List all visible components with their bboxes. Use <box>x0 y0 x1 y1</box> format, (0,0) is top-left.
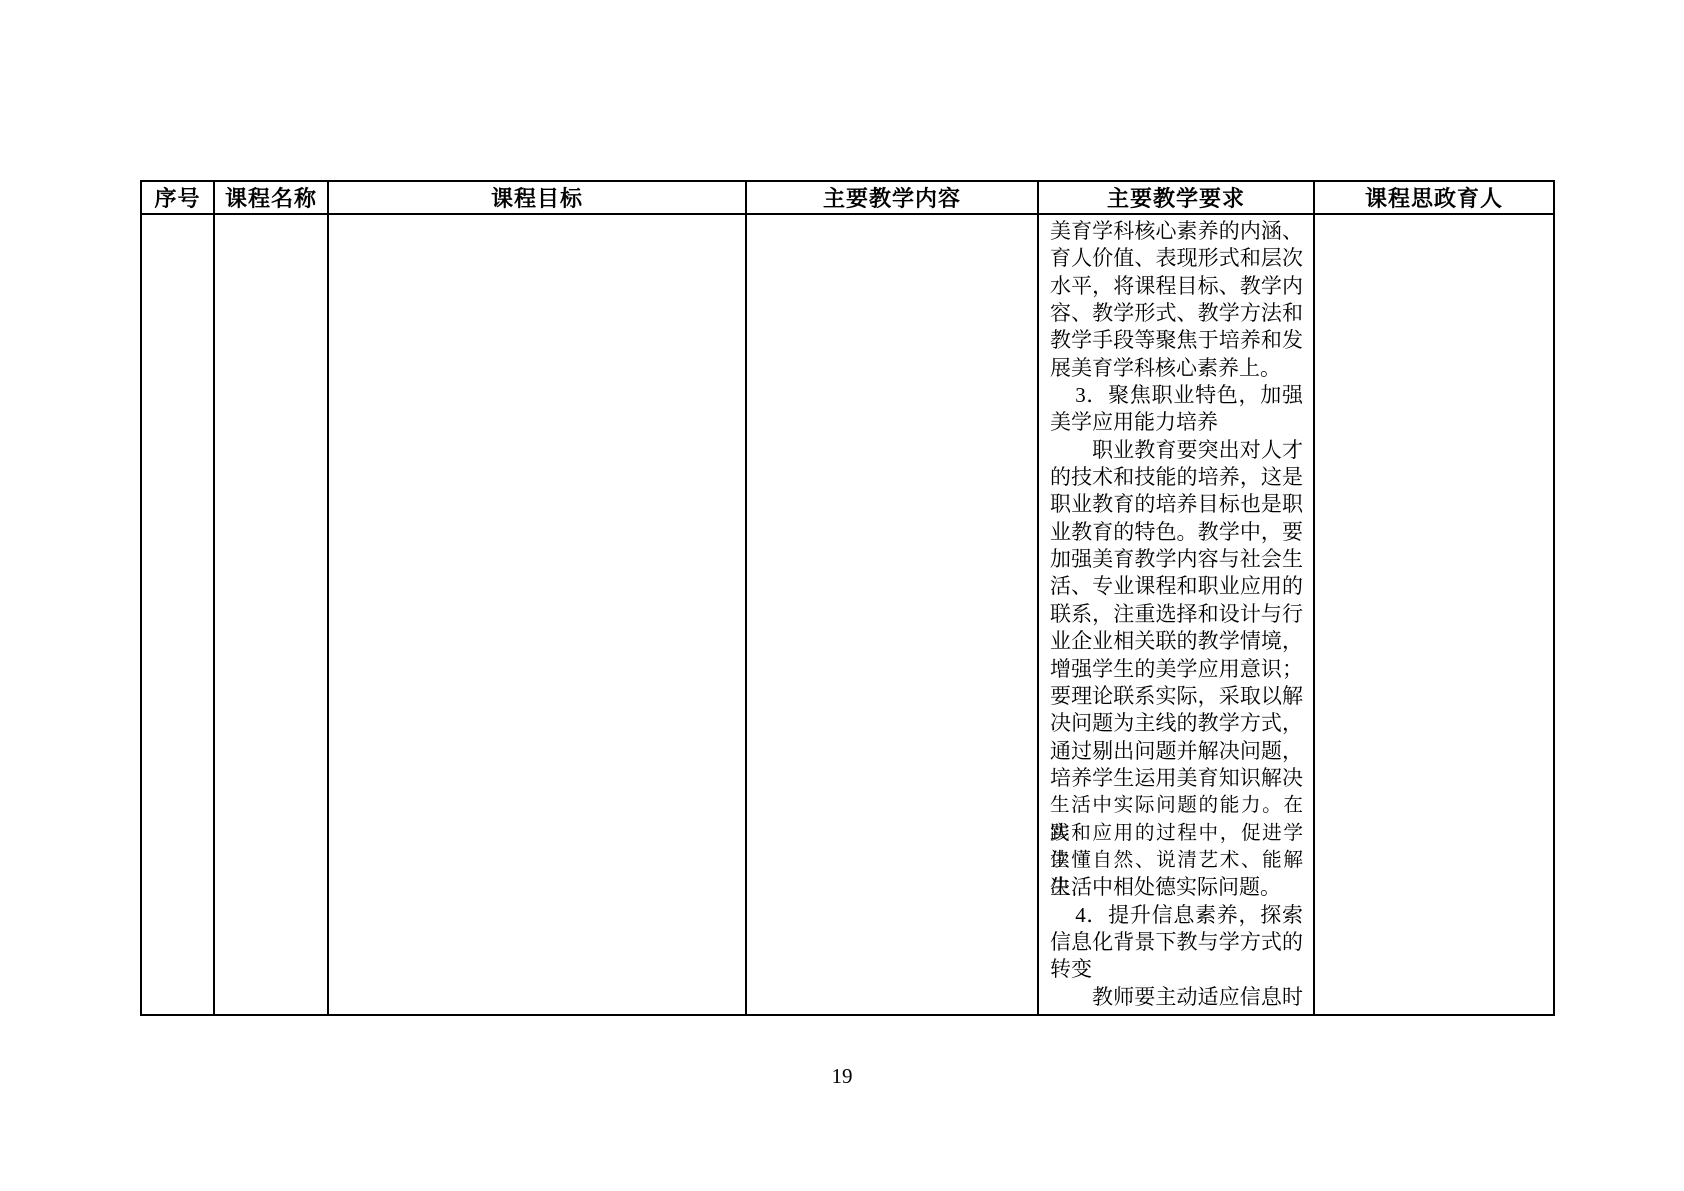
requirement-line: 信息化背景下教与学方式的 <box>1050 929 1303 956</box>
requirement-line: 增强学生的美学应用意识； <box>1050 656 1303 683</box>
requirement-line: 容、教学形式、教学方法和 <box>1050 300 1303 327</box>
requirement-line: 4．提升信息素养，探索 <box>1050 902 1303 929</box>
header-ke-cheng-mu-biao: 课程目标 <box>328 181 746 214</box>
table-header-row: 序号 课程名称 课程目标 主要教学内容 主要教学要求 课程思政育人 <box>141 181 1554 214</box>
cell-zhu-yao-jiao-xue-yao-qiu: 美育学科核心素养的内涵、育人价值、表现形式和层次水平，将课程目标、教学内容、教学… <box>1038 214 1314 1015</box>
requirement-line: 生活中实际问题的能力。在实 <box>1050 792 1303 819</box>
requirement-line: 业教育的特色。教学中，要 <box>1050 519 1303 546</box>
requirement-line: 联系，注重选择和设计与行 <box>1050 601 1303 628</box>
cell-xu-hao <box>141 214 214 1015</box>
cell-ke-cheng-si-zheng-yu-ren <box>1314 214 1554 1015</box>
requirements-text: 美育学科核心素养的内涵、育人价值、表现形式和层次水平，将课程目标、教学内容、教学… <box>1050 218 1303 1011</box>
requirement-line: 美育学科核心素养的内涵、 <box>1050 218 1303 245</box>
requirement-line: 业企业相关联的教学情境， <box>1050 628 1303 655</box>
requirement-line: 育人价值、表现形式和层次 <box>1050 245 1303 272</box>
requirement-line: 教学手段等聚焦于培养和发 <box>1050 327 1303 354</box>
cell-ke-cheng-mu-biao <box>328 214 746 1015</box>
header-xu-hao: 序号 <box>141 181 214 214</box>
requirement-line: 美学应用能力培养 <box>1050 409 1303 436</box>
requirement-line: 生活中相处德实际问题。 <box>1050 874 1303 901</box>
requirement-line: 通过剔出问题并解决问题， <box>1050 738 1303 765</box>
table-body-row: 美育学科核心素养的内涵、育人价值、表现形式和层次水平，将课程目标、教学内容、教学… <box>141 214 1554 1015</box>
requirement-line: 读懂自然、说清艺术、能解决 <box>1050 847 1303 874</box>
requirement-line: 践和应用的过程中，促进学生 <box>1050 820 1303 847</box>
page-number: 19 <box>0 1064 1684 1089</box>
header-zhu-yao-jiao-xue-nei-rong: 主要教学内容 <box>746 181 1038 214</box>
requirement-line: 展美育学科核心素养上。 <box>1050 355 1303 382</box>
requirement-line: 活、专业课程和职业应用的 <box>1050 573 1303 600</box>
requirement-line: 的技术和技能的培养，这是 <box>1050 464 1303 491</box>
requirement-line: 水平，将课程目标、教学内 <box>1050 273 1303 300</box>
requirement-line: 职业教育的培养目标也是职 <box>1050 491 1303 518</box>
header-ke-cheng-si-zheng-yu-ren: 课程思政育人 <box>1314 181 1554 214</box>
requirement-line: 教师要主动适应信息时 <box>1050 984 1303 1011</box>
document-page: 序号 课程名称 课程目标 主要教学内容 主要教学要求 课程思政育人 美育学科核心… <box>0 0 1684 1191</box>
requirement-line: 转变 <box>1050 956 1303 983</box>
requirement-line: 职业教育要突出对人才 <box>1050 437 1303 464</box>
requirement-line: 培养学生运用美育知识解决 <box>1050 765 1303 792</box>
course-table: 序号 课程名称 课程目标 主要教学内容 主要教学要求 课程思政育人 美育学科核心… <box>140 180 1555 1016</box>
cell-zhu-yao-jiao-xue-nei-rong <box>746 214 1038 1015</box>
cell-ke-cheng-ming-cheng <box>214 214 328 1015</box>
header-ke-cheng-ming-cheng: 课程名称 <box>214 181 328 214</box>
requirement-line: 决问题为主线的教学方式， <box>1050 710 1303 737</box>
header-zhu-yao-jiao-xue-yao-qiu: 主要教学要求 <box>1038 181 1314 214</box>
requirement-line: 要理论联系实际，采取以解 <box>1050 683 1303 710</box>
requirement-line: 加强美育教学内容与社会生 <box>1050 546 1303 573</box>
requirement-line: 3．聚焦职业特色，加强 <box>1050 382 1303 409</box>
